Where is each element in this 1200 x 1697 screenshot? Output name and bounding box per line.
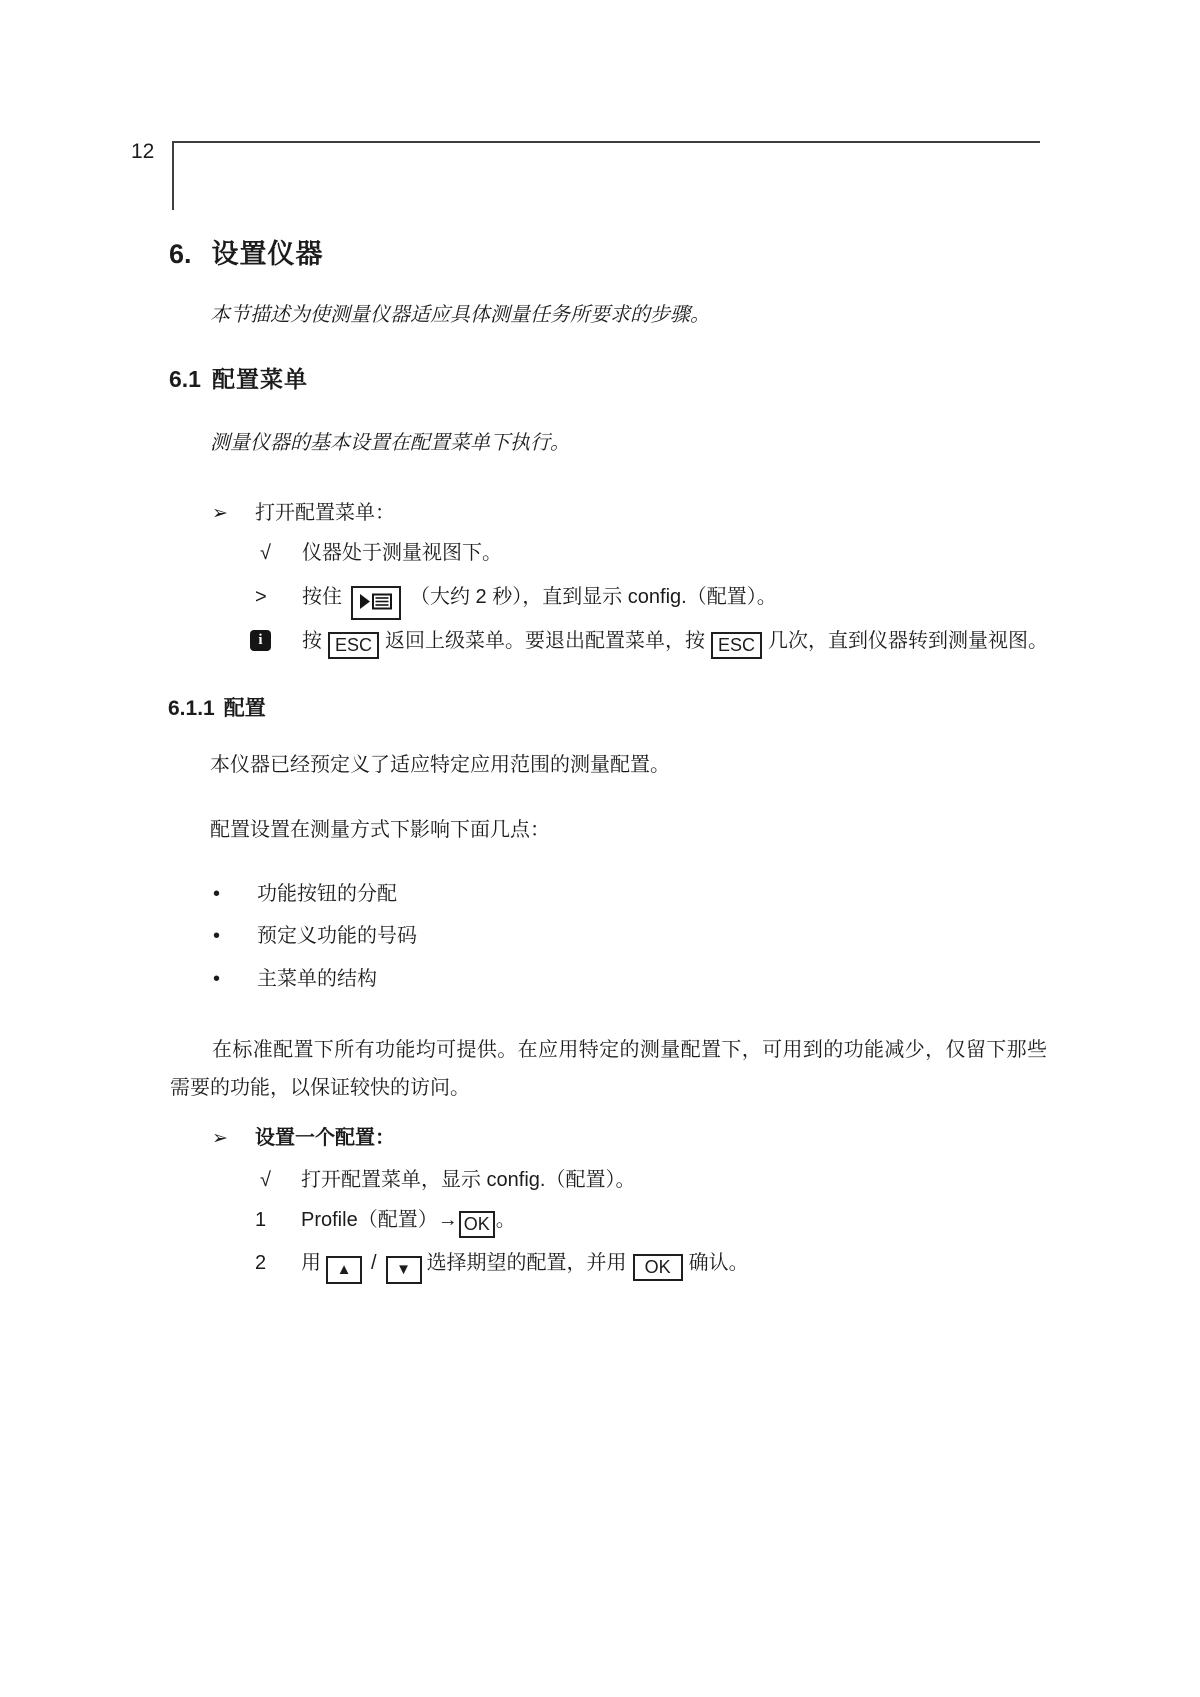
action-marker-icon: > bbox=[255, 584, 302, 611]
slash-separator: / bbox=[371, 1252, 377, 1274]
step-number: 1 bbox=[255, 1207, 301, 1234]
effects-intro-text: 配置设置在测量方式下影响下面几点： bbox=[210, 817, 550, 844]
subsection-heading: 6.1.1配置 bbox=[168, 692, 266, 722]
step-row: 1 Profile（配置）→OK。 bbox=[255, 1207, 516, 1238]
note-post-text: 几次，直到仪器转到测量视图。 bbox=[768, 630, 1048, 652]
menu-intro-text: 测量仪器的基本设置在配置菜单下执行。 bbox=[210, 430, 570, 457]
ok-key: OK bbox=[459, 1211, 495, 1238]
header-rule bbox=[172, 141, 1040, 210]
subsection-title: 配置 bbox=[224, 697, 266, 720]
step1-post-text: 。 bbox=[496, 1209, 516, 1231]
section-intro-text: 本节描述为使测量仪器适应具体测量任务所要求的步骤。 bbox=[210, 302, 710, 329]
arrow-down-key: ▼ bbox=[386, 1256, 422, 1284]
open-menu-instruction: ➢ 打开配置菜单： bbox=[212, 500, 395, 527]
hold-menu-key-icon bbox=[351, 586, 401, 620]
section-title: 配置菜单 bbox=[212, 366, 308, 392]
section-number: 6.1 bbox=[169, 366, 201, 392]
esc-key: ESC bbox=[711, 632, 762, 659]
bullet-icon: • bbox=[213, 923, 257, 950]
esc-key: ESC bbox=[328, 632, 379, 659]
step-number: 2 bbox=[255, 1250, 301, 1277]
step1-pre-text: Profile（配置）→ bbox=[301, 1209, 458, 1231]
list-item-text: 功能按钮的分配 bbox=[257, 881, 397, 908]
subsection-number: 6.1.1 bbox=[168, 697, 215, 720]
chapter-title: 设置仪器 bbox=[212, 239, 324, 269]
step2-mid-text: 选择期望的配置，并用 bbox=[427, 1252, 627, 1274]
standard-note-text: 在标准配置下所有功能均可提供。在应用特定的测量配置下，可用到的功能减少，仅留下那… bbox=[170, 1031, 1047, 1107]
precondition-text: 打开配置菜单，显示 config.（配置）。 bbox=[301, 1167, 635, 1194]
check-marker-icon: √ bbox=[260, 1167, 301, 1194]
precondition-text: 仪器处于测量视图下。 bbox=[302, 540, 502, 567]
arrow-marker-icon: ➢ bbox=[212, 500, 255, 527]
arrow-up-key: ▲ bbox=[326, 1256, 362, 1284]
step2-pre-text: 用 bbox=[301, 1252, 321, 1274]
list-item-text: 预定义功能的号码 bbox=[257, 923, 417, 950]
profiles-intro-text: 本仪器已经预定义了适应特定应用范围的测量配置。 bbox=[210, 752, 670, 779]
bullet-icon: • bbox=[213, 881, 257, 908]
manual-page: 12 6.设置仪器 本节描述为使测量仪器适应具体测量任务所要求的步骤。 6.1配… bbox=[0, 0, 1200, 1697]
list-item-text: 主菜单的结构 bbox=[257, 966, 377, 993]
page-number: 12 bbox=[131, 140, 154, 164]
precondition-row: √ 仪器处于测量视图下。 bbox=[260, 540, 502, 567]
list-item: • 功能按钮的分配 bbox=[213, 881, 397, 908]
chapter-number: 6. bbox=[169, 239, 192, 269]
note-row: i 按ESC返回上级菜单。要退出配置菜单，按ESC几次，直到仪器转到测量视图。 bbox=[250, 628, 1048, 659]
section-heading: 6.1配置菜单 bbox=[169, 361, 308, 394]
list-item: • 主菜单的结构 bbox=[213, 966, 377, 993]
set-profile-instruction: ➢ 设置一个配置： bbox=[212, 1125, 395, 1152]
note-pre-text: 按 bbox=[302, 630, 322, 652]
bullet-icon: • bbox=[213, 966, 257, 993]
info-icon: i bbox=[250, 630, 271, 651]
open-menu-title: 打开配置菜单： bbox=[255, 500, 395, 527]
arrow-marker-icon: ➢ bbox=[212, 1125, 255, 1152]
action-text: 按住（大约 2 秒），直到显示 config.（配置）。 bbox=[302, 584, 777, 620]
action-row: > 按住（大约 2 秒），直到显示 config.（配置）。 bbox=[255, 584, 777, 620]
precondition-row: √ 打开配置菜单，显示 config.（配置）。 bbox=[260, 1167, 635, 1194]
note-text: 按ESC返回上级菜单。要退出配置菜单，按ESC几次，直到仪器转到测量视图。 bbox=[302, 628, 1048, 659]
set-profile-title: 设置一个配置： bbox=[255, 1125, 395, 1152]
action-pre-text: 按住 bbox=[302, 586, 342, 608]
step-row: 2 用▲/▼选择期望的配置，并用OK确认。 bbox=[255, 1250, 749, 1284]
step-text: 用▲/▼选择期望的配置，并用OK确认。 bbox=[301, 1250, 749, 1284]
chapter-heading: 6.设置仪器 bbox=[169, 232, 324, 271]
action-post-text: （大约 2 秒），直到显示 config.（配置）。 bbox=[410, 586, 777, 608]
step2-post-text: 确认。 bbox=[689, 1252, 749, 1274]
step-text: Profile（配置）→OK。 bbox=[301, 1207, 516, 1238]
note-mid-text: 返回上级菜单。要退出配置菜单，按 bbox=[385, 630, 705, 652]
ok-key: OK bbox=[633, 1254, 683, 1281]
list-item: • 预定义功能的号码 bbox=[213, 923, 417, 950]
check-marker-icon: √ bbox=[260, 540, 302, 567]
